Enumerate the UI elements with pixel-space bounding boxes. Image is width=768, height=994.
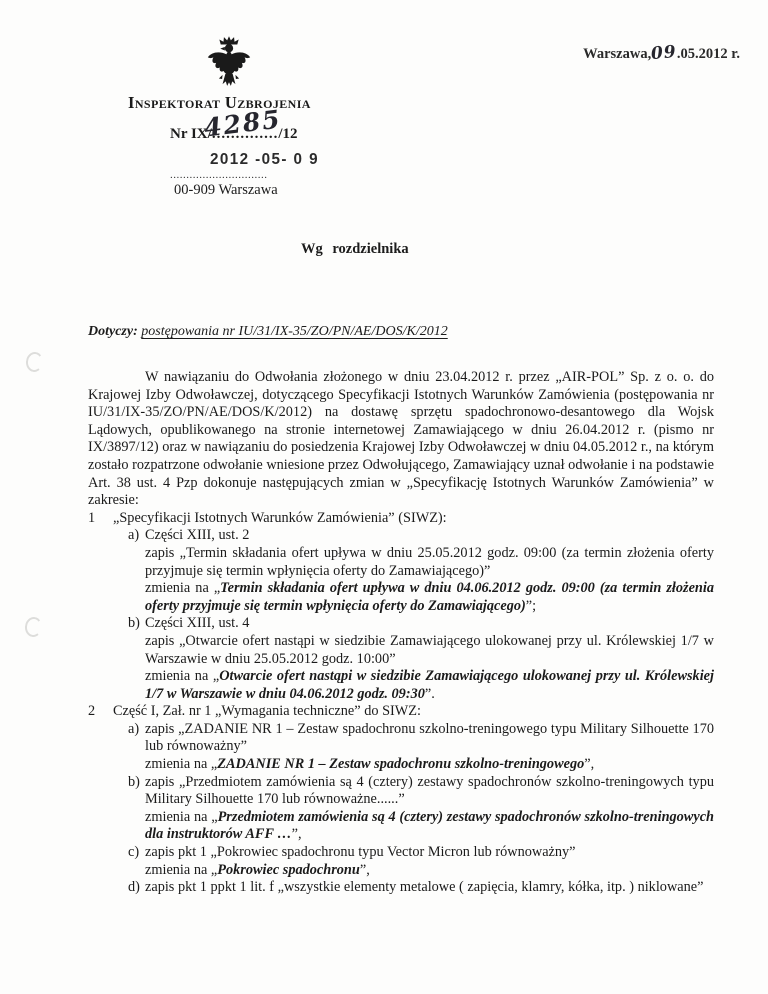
item-content: Część I, Zał. nr 1 „Wymagania techniczne…	[113, 703, 714, 897]
date-stamp: 2012 -05- 0 9	[210, 151, 346, 169]
item-content: „Specyfikacji Istotnych Warunków Zamówie…	[113, 510, 714, 704]
zmienia-prefix: zmienia na „	[145, 756, 217, 772]
city-date: Warszawa,09.05.2012 r.	[583, 43, 740, 63]
hole-punch-mark	[25, 351, 44, 373]
subject-label: Dotyczy:	[88, 324, 138, 339]
zmienia-prefix: zmienia na „	[145, 862, 217, 878]
sub-label: d)	[128, 879, 145, 897]
sub-heading: Części XIII, ust. 2	[145, 527, 714, 545]
sub-item-1a: a) Części XIII, ust. 2 zapis „Termin skł…	[113, 527, 714, 615]
item-title: „Specyfikacji Istotnych Warunków Zamówie…	[113, 510, 714, 528]
sub-label: a)	[128, 527, 145, 615]
scanned-letter-page: Warszawa,09.05.2012 r. Inspektorat Uzbro…	[0, 0, 768, 994]
sub-item-1b: b) Części XIII, ust. 4 zapis „Otwarcie o…	[113, 615, 714, 703]
sub-body: zapis pkt 1 ppkt 1 lit. f „wszystkie ele…	[145, 879, 714, 897]
city-date-prefix: Warszawa,	[583, 46, 651, 62]
zmienia-emphasis: Przedmiotem zamówienia są 4 (cztery) zes…	[145, 809, 714, 843]
list-item-1: 1 „Specyfikacji Istotnych Warunków Zamów…	[88, 510, 714, 704]
list-item-2: 2 Część I, Zał. nr 1 „Wymagania technicz…	[88, 703, 714, 897]
sub-item-2c: c) zapis pkt 1 „Pokrowiec spadochronu ty…	[113, 844, 714, 879]
zmienia-paragraph: zmienia na „Otwarcie ofert nastąpi w sie…	[145, 668, 714, 703]
sub-label: c)	[128, 844, 145, 879]
sub-label: a)	[128, 721, 145, 774]
item-number: 2	[88, 703, 113, 897]
sub-label: b)	[128, 774, 145, 844]
subject-text: postępowania nr IU/31/IX-35/ZO/PN/AE/DOS…	[141, 324, 447, 339]
sub-body: zapis „Przedmiotem zamówienia są 4 (czte…	[145, 774, 714, 844]
intro-paragraph: W nawiązaniu do Odwołania złożonego w dn…	[88, 369, 714, 510]
sub-body: Części XIII, ust. 4 zapis „Otwarcie ofer…	[145, 615, 714, 703]
zapis-paragraph: zapis „ZADANIE NR 1 – Zestaw spadochronu…	[145, 721, 714, 756]
sub-body: zapis pkt 1 „Pokrowiec spadochronu typu …	[145, 844, 714, 879]
sub-label: b)	[128, 615, 145, 703]
zmienia-paragraph: zmienia na „Pokrowiec spadochronu”,	[145, 862, 714, 880]
sub-item-2b: b) zapis „Przedmiotem zamówienia są 4 (c…	[113, 774, 714, 844]
subject-line: Dotyczy: postępowania nr IU/31/IX-35/ZO/…	[88, 324, 448, 340]
zapis-paragraph: zapis „Przedmiotem zamówienia są 4 (czte…	[145, 774, 714, 809]
reference-number: 4285Nr IX/............../12	[170, 126, 353, 143]
postal-address: 00-909 Warszawa	[174, 182, 353, 199]
document-body: W nawiązaniu do Odwołania złożonego w dn…	[88, 369, 714, 897]
zmienia-prefix: zmienia na „	[145, 580, 220, 596]
zapis-paragraph: zapis „Otwarcie ofert nastąpi w siedzibi…	[145, 633, 714, 668]
zmienia-emphasis: Pokrowiec spadochronu	[217, 862, 360, 878]
stamp-dotted-line: ..............................	[170, 169, 353, 181]
zmienia-prefix: zmienia na „	[145, 809, 218, 825]
sub-heading: Części XIII, ust. 4	[145, 615, 714, 633]
item-title: Część I, Zał. nr 1 „Wymagania techniczne…	[113, 703, 714, 721]
zmienia-suffix: ”,	[584, 756, 594, 772]
zmienia-prefix: zmienia na „	[145, 668, 219, 684]
zmienia-paragraph: zmienia na „Przedmiotem zamówienia są 4 …	[145, 809, 714, 844]
zmienia-emphasis: Termin składania ofert upływa w dniu 04.…	[145, 580, 714, 614]
zmienia-suffix: ”.	[425, 686, 435, 702]
handwritten-day: 09	[650, 42, 677, 64]
zmienia-suffix: ”;	[526, 598, 536, 614]
zapis-paragraph: zapis „Termin składania ofert upływa w d…	[145, 545, 714, 580]
zmienia-paragraph: zmienia na „ZADANIE NR 1 – Zestaw spadoc…	[145, 756, 714, 774]
hole-punch-mark	[24, 616, 43, 638]
distribution-note: Wg rozdzielnika	[301, 241, 409, 258]
item-number: 1	[88, 510, 113, 704]
eagle-emblem-icon	[206, 34, 252, 90]
sub-body: zapis „ZADANIE NR 1 – Zestaw spadochronu…	[145, 721, 714, 774]
sub-body: Części XIII, ust. 2 zapis „Termin składa…	[145, 527, 714, 615]
zapis-paragraph: zapis pkt 1 „Pokrowiec spadochronu typu …	[145, 844, 714, 862]
zmienia-paragraph: zmienia na „Termin składania ofert upływ…	[145, 580, 714, 615]
zmienia-suffix: ”,	[292, 826, 302, 842]
zapis-paragraph: zapis pkt 1 ppkt 1 lit. f „wszystkie ele…	[145, 879, 714, 897]
city-date-suffix: .05.2012 r.	[677, 46, 740, 62]
zmienia-emphasis: ZADANIE NR 1 – Zestaw spadochronu szkoln…	[217, 756, 584, 772]
letterhead: Inspektorat Uzbrojenia 4285Nr IX/.......…	[128, 34, 353, 199]
sub-item-2d: d) zapis pkt 1 ppkt 1 lit. f „wszystkie …	[113, 879, 714, 897]
zmienia-suffix: ”,	[360, 862, 370, 878]
sub-item-2a: a) zapis „ZADANIE NR 1 – Zestaw spadochr…	[113, 721, 714, 774]
